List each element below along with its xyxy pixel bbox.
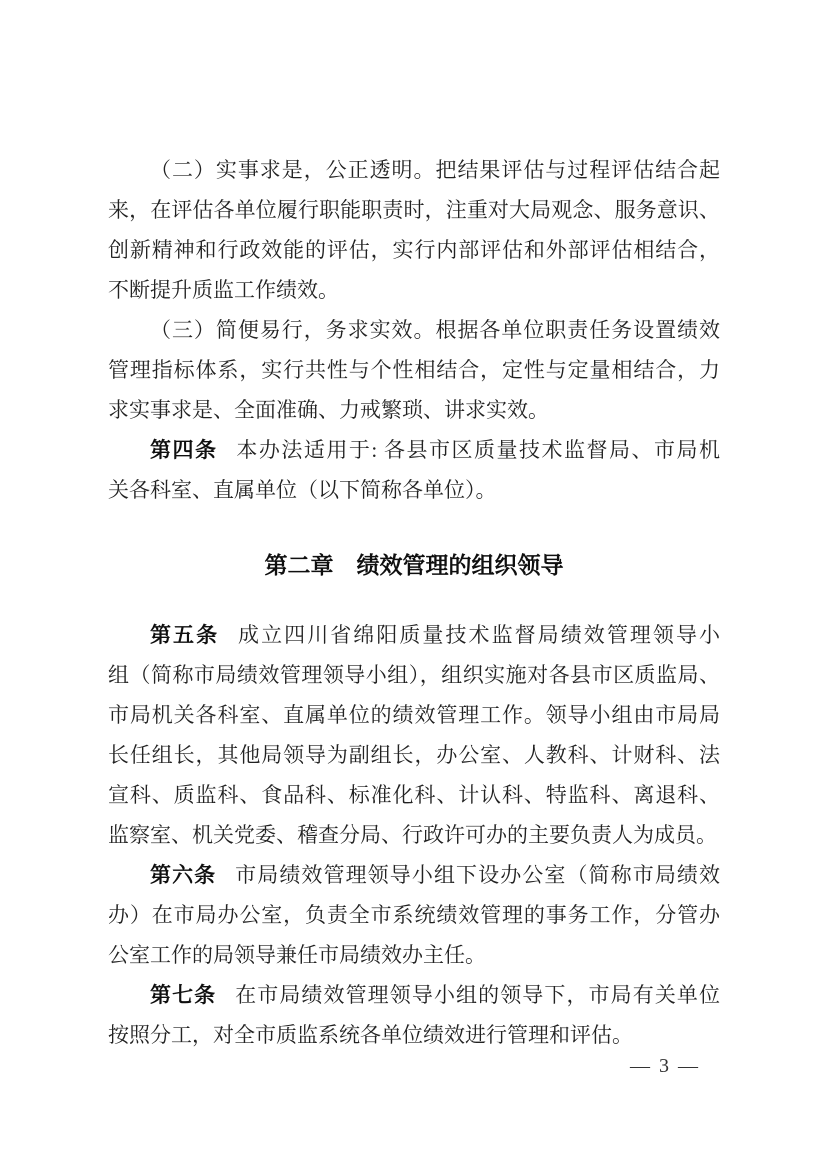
text-line: （三）简便易行，务求实效。根据各单位职责任务设置绩效: [108, 310, 720, 350]
text-line: 不断提升质监工作绩效。: [108, 270, 720, 310]
text-line: （二）实事求是，公正透明。把结果评估与过程评估结合起: [108, 150, 720, 190]
paragraph: （三）简便易行，务求实效。根据各单位职责任务设置绩效管理指标体系，实行共性与个性…: [108, 310, 720, 430]
paragraph: 第六条市局绩效管理领导小组下设办公室（简称市局绩效办）在市局办公室，负责全市系统…: [108, 855, 720, 975]
text-line: 市局机关各科室、直属单位的绩效管理工作。领导小组由市局局: [108, 695, 720, 735]
article-number: 第四条: [150, 439, 218, 462]
text-line: 组（简称市局绩效管理领导小组），组织实施对各县市区质监局、: [108, 655, 720, 695]
document-body: （二）实事求是，公正透明。把结果评估与过程评估结合起来，在评估各单位履行职能职责…: [108, 150, 720, 1055]
text-line: 第七条在市局绩效管理领导小组的领导下，市局有关单位: [108, 975, 720, 1015]
chapter-heading: 第二章 绩效管理的组织领导: [108, 545, 720, 585]
text-line: 监察室、机关党委、稽查分局、行政许可办的主要负责人为成员。: [108, 815, 720, 855]
text-line: 办）在市局办公室，负责全市系统绩效管理的事务工作，分管办: [108, 895, 720, 935]
text-line: 长任组长，其他局领导为副组长，办公室、人教科、计财科、法: [108, 735, 720, 775]
text-line: 关各科室、直属单位（以下简称各单位）。: [108, 470, 720, 510]
text-line: 按照分工，对全市质监系统各单位绩效进行管理和评估。: [108, 1015, 720, 1055]
text-line: 求实事求是、全面准确、力戒繁琐、讲求实效。: [108, 390, 720, 430]
article-number: 第五条: [150, 624, 219, 647]
text-line: 宣科、质监科、食品科、标准化科、计认科、特监科、离退科、: [108, 775, 720, 815]
text-line: 第六条市局绩效管理领导小组下设办公室（简称市局绩效: [108, 855, 720, 895]
paragraph: 第四条本办法适用于: 各县市区质量技术监督局、市局机关各科室、直属单位（以下简称…: [108, 430, 720, 510]
document-page: （二）实事求是，公正透明。把结果评估与过程评估结合起来，在评估各单位履行职能职责…: [0, 0, 827, 1169]
article-number: 第七条: [150, 984, 216, 1007]
text-line: 第五条成立四川省绵阳质量技术监督局绩效管理领导小: [108, 615, 720, 655]
paragraph: 第五条成立四川省绵阳质量技术监督局绩效管理领导小组（简称市局绩效管理领导小组），…: [108, 615, 720, 855]
text-line: 公室工作的局领导兼任市局绩效办主任。: [108, 935, 720, 975]
paragraph: （二）实事求是，公正透明。把结果评估与过程评估结合起来，在评估各单位履行职能职责…: [108, 150, 720, 310]
paragraph: 第七条在市局绩效管理领导小组的领导下，市局有关单位按照分工，对全市质监系统各单位…: [108, 975, 720, 1055]
text-line: 第四条本办法适用于: 各县市区质量技术监督局、市局机: [108, 430, 720, 470]
text-line: 来，在评估各单位履行职能职责时，注重对大局观念、服务意识、: [108, 190, 720, 230]
page-number: — 3 —: [627, 1055, 703, 1078]
article-number: 第六条: [150, 864, 216, 887]
text-line: 创新精神和行政效能的评估，实行内部评估和外部评估相结合，: [108, 230, 720, 270]
text-line: 管理指标体系，实行共性与个性相结合，定性与定量相结合，力: [108, 350, 720, 390]
